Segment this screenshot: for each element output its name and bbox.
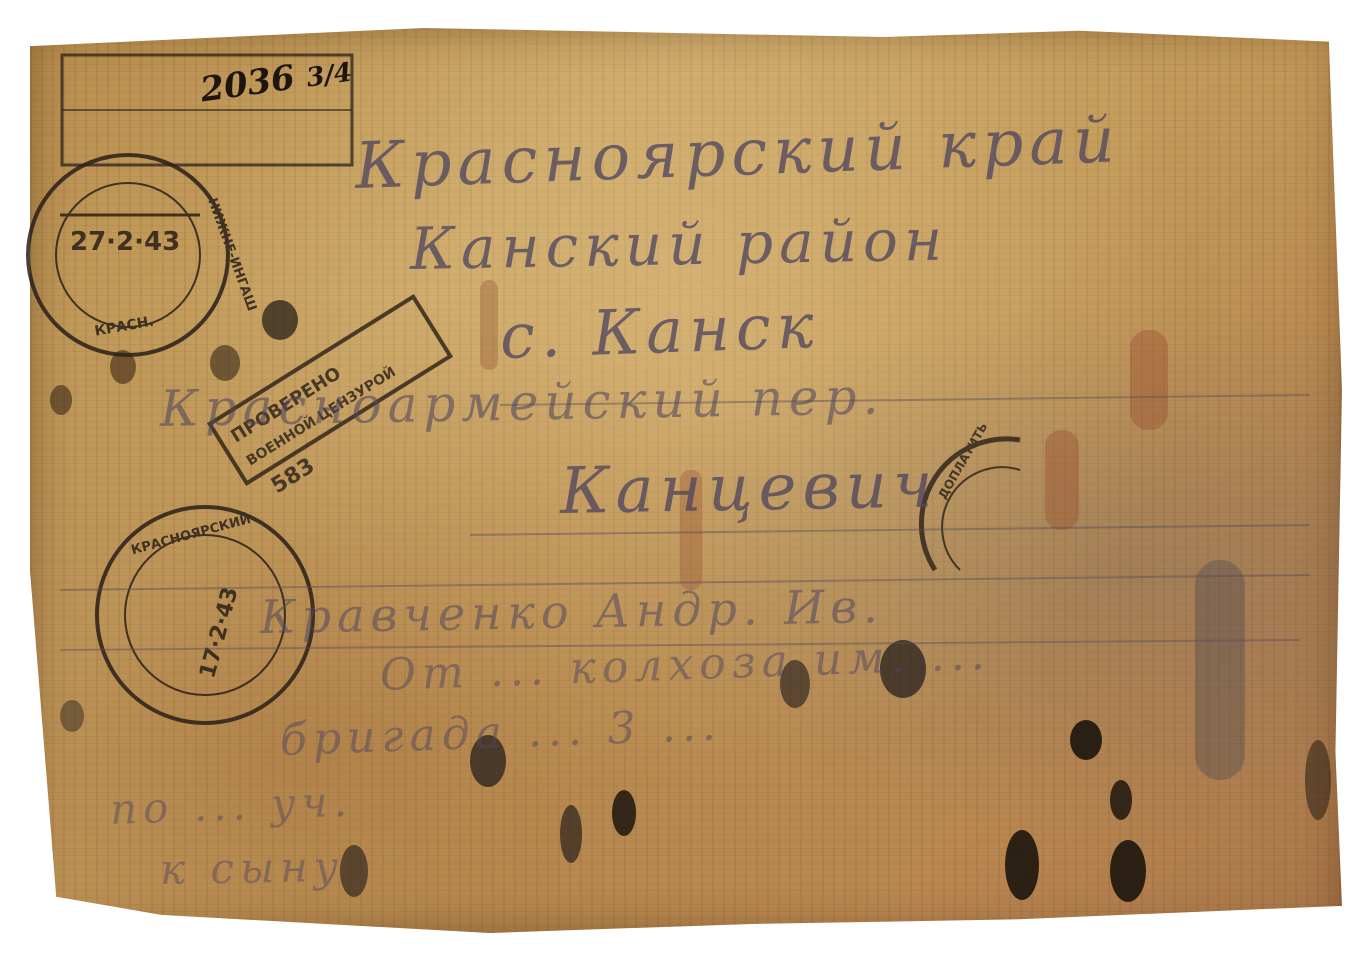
sender-line-4: по ... уч. <box>109 777 353 834</box>
sender-line-3: бригада ... 3 ... <box>279 700 722 766</box>
handwritten-sender: Кравченко Андр. Ив. От ... колхоза им. .… <box>0 0 1368 963</box>
sender-line-5: к сыну <box>160 842 345 894</box>
sender-line-1: Кравченко Андр. Ив. <box>260 579 885 644</box>
